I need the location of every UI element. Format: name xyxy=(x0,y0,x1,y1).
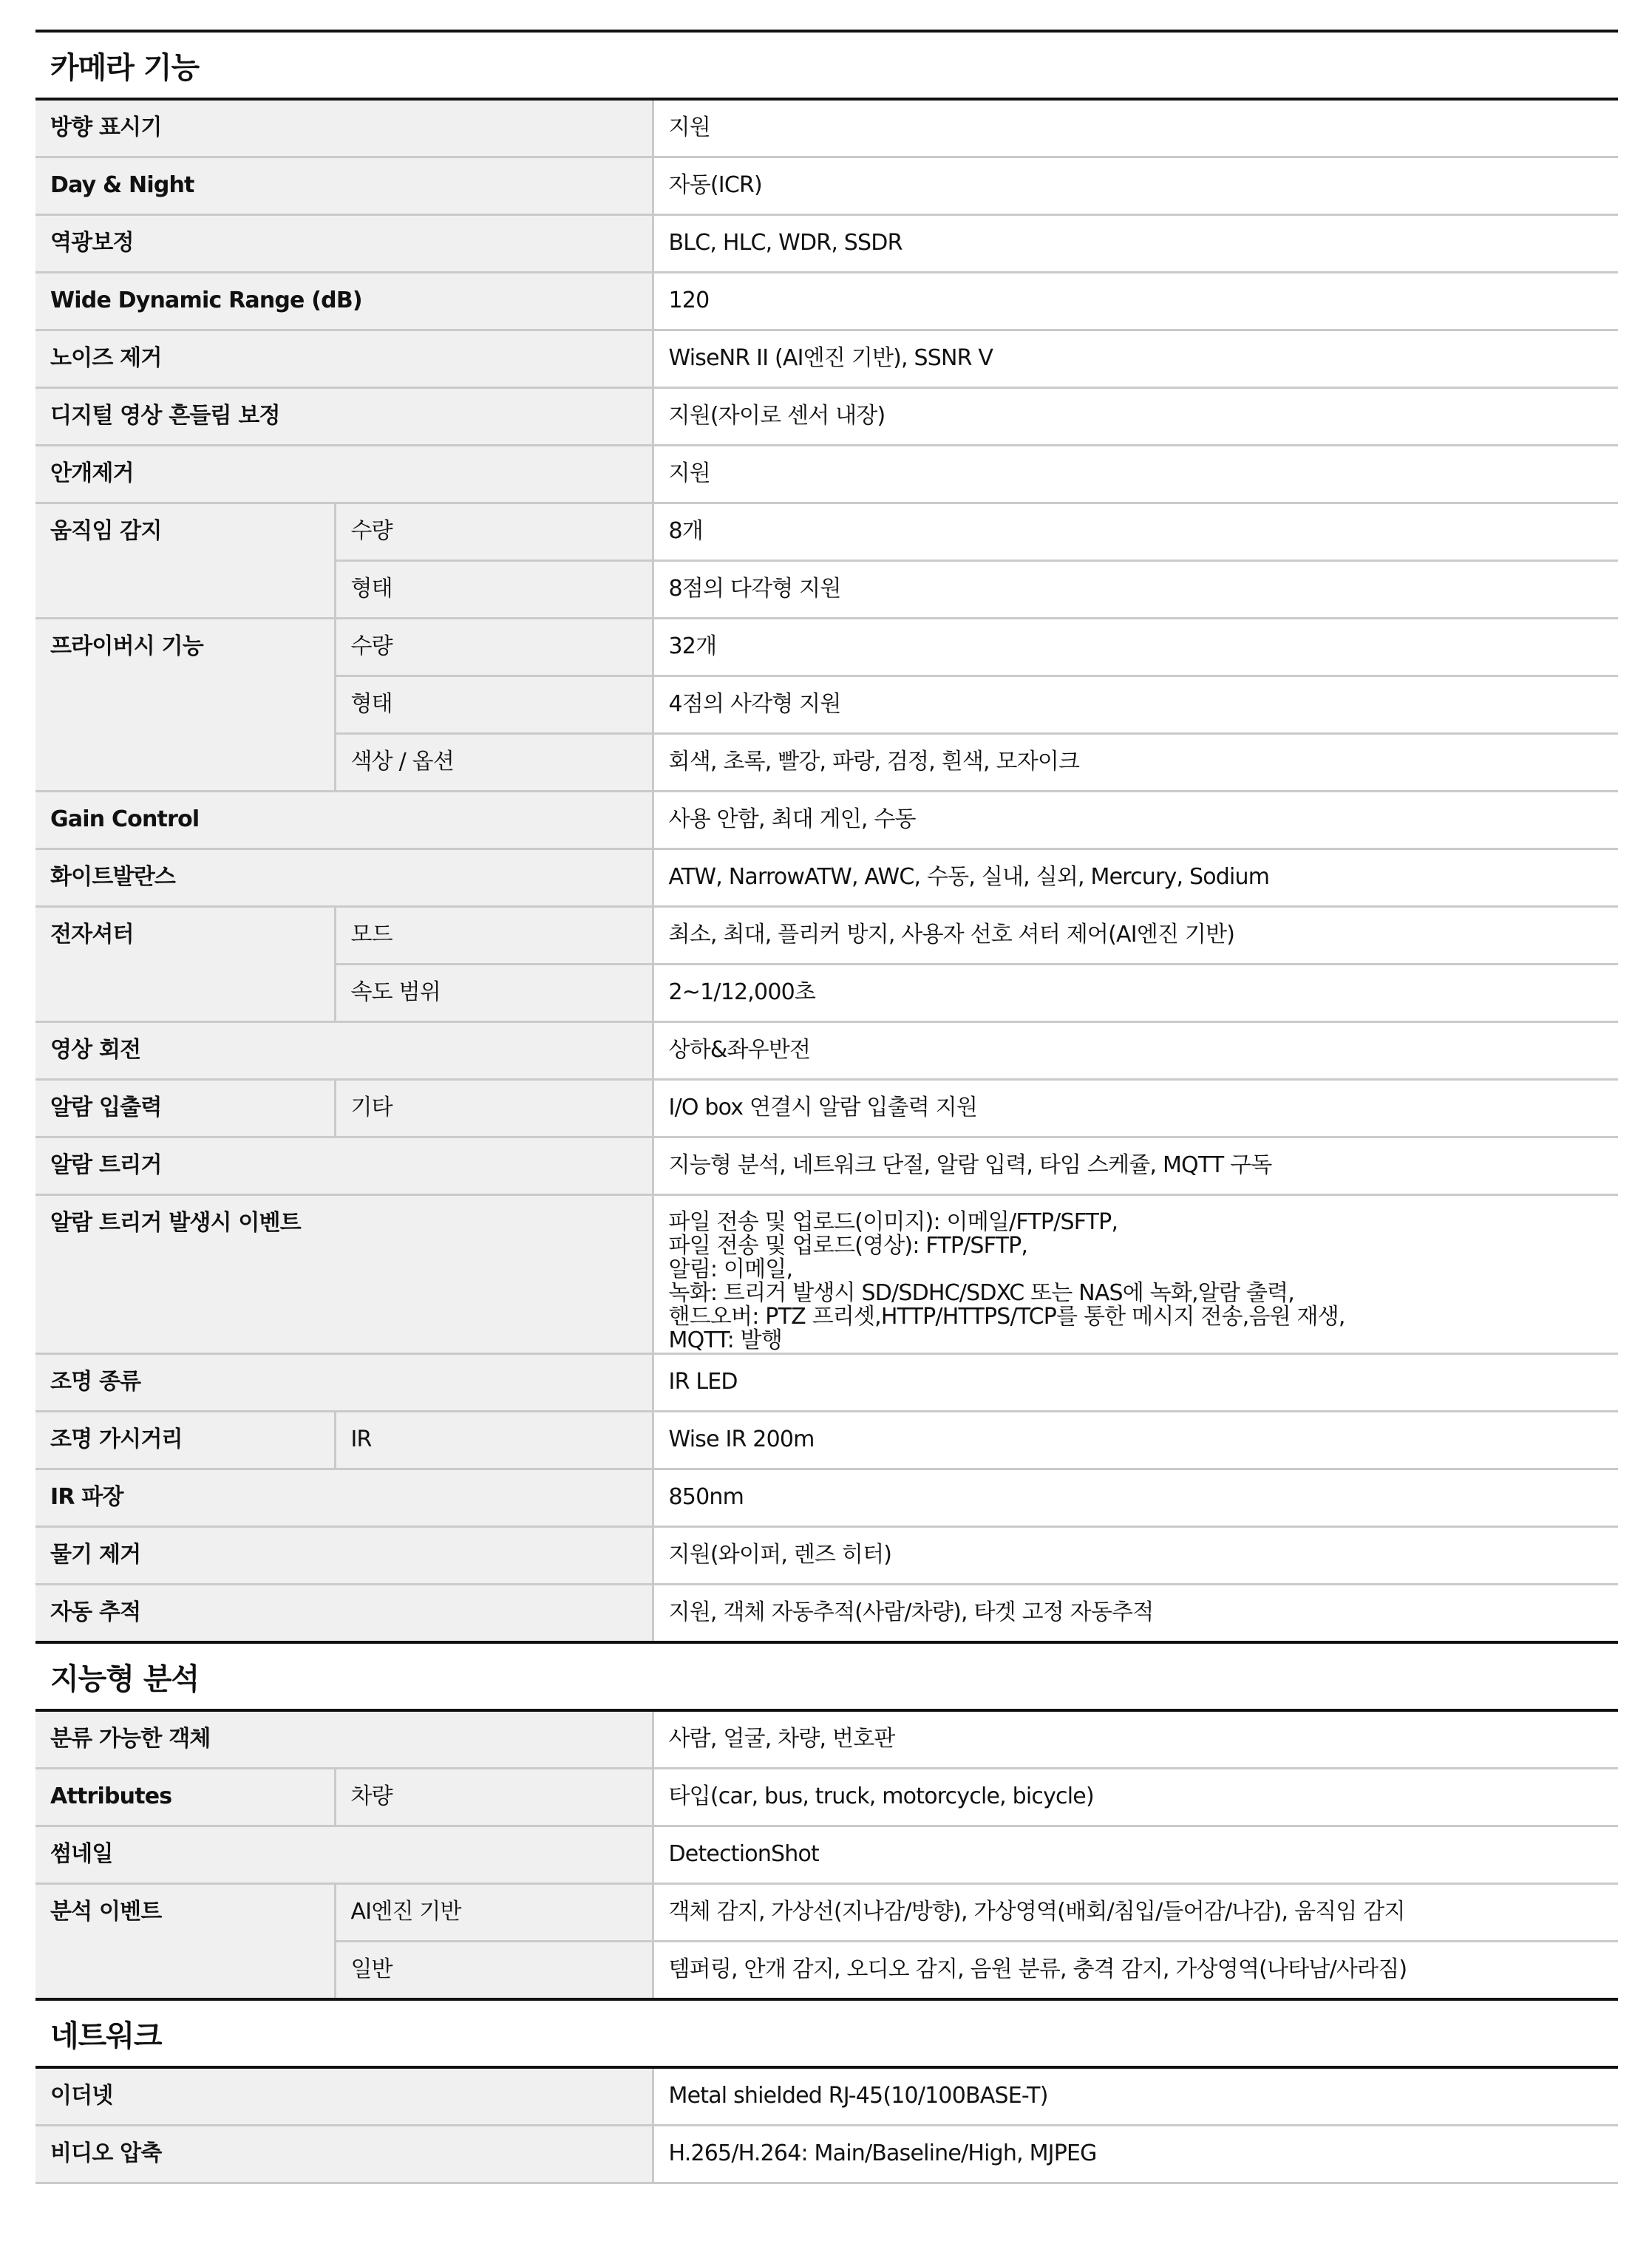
row-value: I/O box 연결시 알람 입출력 지원 xyxy=(653,1080,1618,1137)
row-sublabel: IR xyxy=(335,1412,653,1469)
table-row: 움직임 감지 수량 8개 xyxy=(35,503,1618,561)
row-label: Wide Dynamic Range (dB) xyxy=(35,273,653,330)
spec-table: 방향 표시기 지원 Day & Night 자동(ICR) 역광보정 BLC, … xyxy=(35,101,1618,1641)
row-value: 템퍼링, 안개 감지, 오디오 감지, 음원 분류, 충격 감지, 가상영역(나… xyxy=(653,1942,1618,1999)
row-value: BLC, HLC, WDR, SSDR xyxy=(653,215,1618,273)
row-value: H.265/H.264: Main/Baseline/High, MJPEG xyxy=(653,2126,1618,2183)
spec-table: 이더넷 Metal shielded RJ-45(10/100BASE-T) 비… xyxy=(35,2069,1618,2184)
section-title: 카메라 기능 xyxy=(35,33,1618,101)
section-title: 지능형 분석 xyxy=(35,1644,1618,1712)
row-label: 조명 가시거리 xyxy=(35,1412,335,1469)
row-label: 알람 입출력 xyxy=(35,1080,335,1137)
row-label: 방향 표시기 xyxy=(35,101,653,157)
row-value: 2~1/12,000초 xyxy=(653,965,1618,1022)
table-row: 분석 이벤트 AI엔진 기반 객체 감지, 가상선(지나감/방향), 가상영역(… xyxy=(35,1884,1618,1942)
row-label: 비디오 압축 xyxy=(35,2126,653,2183)
row-value: WiseNR II (AI엔진 기반), SSNR V xyxy=(653,330,1618,388)
row-value: DetectionShot xyxy=(653,1826,1618,1884)
row-value: 8개 xyxy=(653,503,1618,561)
row-label: 디지털 영상 흔들림 보정 xyxy=(35,388,653,446)
row-sublabel: 차량 xyxy=(335,1769,653,1826)
row-value: 지원, 객체 자동추적(사람/차량), 타겟 고정 자동추적 xyxy=(653,1585,1618,1642)
section-network: 네트워크 이더넷 Metal shielded RJ-45(10/100BASE… xyxy=(35,1998,1618,2184)
table-row: 화이트발란스 ATW, NarrowATW, AWC, 수동, 실내, 실외, … xyxy=(35,849,1618,907)
table-row: 자동 추적 지원, 객체 자동추적(사람/차량), 타겟 고정 자동추적 xyxy=(35,1585,1618,1642)
row-label: 조명 종류 xyxy=(35,1354,653,1412)
section-intelligent-analytics: 지능형 분석 분류 가능한 객체 사람, 얼굴, 차량, 번호판 Attribu… xyxy=(35,1641,1618,1998)
row-value: ATW, NarrowATW, AWC, 수동, 실내, 실외, Mercury… xyxy=(653,849,1618,907)
table-row: 분류 가능한 객체 사람, 얼굴, 차량, 번호판 xyxy=(35,1712,1618,1769)
row-sublabel: 색상 / 옵션 xyxy=(335,734,653,792)
row-value: 회색, 초록, 빨강, 파랑, 검정, 흰색, 모자이크 xyxy=(653,734,1618,792)
table-row: Gain Control 사용 안함, 최대 게인, 수동 xyxy=(35,792,1618,849)
table-row: 썸네일 DetectionShot xyxy=(35,1826,1618,1884)
row-label: 영상 회전 xyxy=(35,1022,653,1080)
table-row: 노이즈 제거 WiseNR II (AI엔진 기반), SSNR V xyxy=(35,330,1618,388)
row-sublabel: AI엔진 기반 xyxy=(335,1884,653,1942)
row-sublabel: 형태 xyxy=(335,561,653,619)
row-label: 전자셔터 xyxy=(35,907,335,1022)
row-label: 알람 트리거 xyxy=(35,1137,653,1195)
row-label: Gain Control xyxy=(35,792,653,849)
table-row: 방향 표시기 지원 xyxy=(35,101,1618,157)
row-value: 8점의 다각형 지원 xyxy=(653,561,1618,619)
row-label: 움직임 감지 xyxy=(35,503,335,619)
row-value: 지원 xyxy=(653,446,1618,503)
row-label: 분석 이벤트 xyxy=(35,1884,335,1999)
table-row: 디지털 영상 흔들림 보정 지원(자이로 센서 내장) xyxy=(35,388,1618,446)
table-row: Wide Dynamic Range (dB) 120 xyxy=(35,273,1618,330)
row-label: 노이즈 제거 xyxy=(35,330,653,388)
row-value: 지원(자이로 센서 내장) xyxy=(653,388,1618,446)
row-value: 32개 xyxy=(653,619,1618,676)
table-row: 조명 종류 IR LED xyxy=(35,1354,1618,1412)
table-row: 조명 가시거리 IR Wise IR 200m xyxy=(35,1412,1618,1469)
row-label: 썸네일 xyxy=(35,1826,653,1884)
row-label: IR 파장 xyxy=(35,1469,653,1527)
row-label: 물기 제거 xyxy=(35,1527,653,1585)
table-row: 알람 입출력 기타 I/O box 연결시 알람 입출력 지원 xyxy=(35,1080,1618,1137)
section-camera-features: 카메라 기능 방향 표시기 지원 Day & Night 자동(ICR) 역광보… xyxy=(35,30,1618,1641)
table-row: 물기 제거 지원(와이퍼, 렌즈 히터) xyxy=(35,1527,1618,1585)
section-title: 네트워크 xyxy=(35,2001,1618,2069)
row-value: 지능형 분석, 네트워크 단절, 알람 입력, 타임 스케쥴, MQTT 구독 xyxy=(653,1137,1618,1195)
table-row: 프라이버시 기능 수량 32개 xyxy=(35,619,1618,676)
table-row: 영상 회전 상하&좌우반전 xyxy=(35,1022,1618,1080)
spec-document: 카메라 기능 방향 표시기 지원 Day & Night 자동(ICR) 역광보… xyxy=(35,30,1618,2184)
row-value: Wise IR 200m xyxy=(653,1412,1618,1469)
multiline-value: 파일 전송 및 업로드(이미지): 이메일/FTP/SFTP, 파일 전송 및 … xyxy=(669,1211,1603,1353)
row-value: 사용 안함, 최대 게인, 수동 xyxy=(653,792,1618,849)
row-sublabel: 기타 xyxy=(335,1080,653,1137)
table-row: Day & Night 자동(ICR) xyxy=(35,157,1618,215)
row-sublabel: 속도 범위 xyxy=(335,965,653,1022)
row-value: 지원 xyxy=(653,101,1618,157)
row-value: Metal shielded RJ-45(10/100BASE-T) xyxy=(653,2069,1618,2126)
row-value: 850nm xyxy=(653,1469,1618,1527)
table-row: 전자셔터 모드 최소, 최대, 플리커 방지, 사용자 선호 셔터 제어(AI엔… xyxy=(35,907,1618,965)
row-sublabel: 형태 xyxy=(335,676,653,734)
row-label: Attributes xyxy=(35,1769,335,1826)
row-label: 이더넷 xyxy=(35,2069,653,2126)
row-value: 지원(와이퍼, 렌즈 히터) xyxy=(653,1527,1618,1585)
table-row: 알람 트리거 지능형 분석, 네트워크 단절, 알람 입력, 타임 스케쥴, M… xyxy=(35,1137,1618,1195)
table-row: IR 파장 850nm xyxy=(35,1469,1618,1527)
row-label: 화이트발란스 xyxy=(35,849,653,907)
row-value: 타입(car, bus, truck, motorcycle, bicycle) xyxy=(653,1769,1618,1826)
row-label: Day & Night xyxy=(35,157,653,215)
row-value: IR LED xyxy=(653,1354,1618,1412)
row-value: 사람, 얼굴, 차량, 번호판 xyxy=(653,1712,1618,1769)
table-row: 역광보정 BLC, HLC, WDR, SSDR xyxy=(35,215,1618,273)
row-value: 4점의 사각형 지원 xyxy=(653,676,1618,734)
row-sublabel: 일반 xyxy=(335,1942,653,1999)
row-label: 프라이버시 기능 xyxy=(35,619,335,792)
spec-table: 분류 가능한 객체 사람, 얼굴, 차량, 번호판 Attributes 차량 … xyxy=(35,1712,1618,1998)
table-row: Attributes 차량 타입(car, bus, truck, motorc… xyxy=(35,1769,1618,1826)
row-sublabel: 모드 xyxy=(335,907,653,965)
row-sublabel: 수량 xyxy=(335,619,653,676)
table-row: 알람 트리거 발생시 이벤트 파일 전송 및 업로드(이미지): 이메일/FTP… xyxy=(35,1195,1618,1354)
row-label: 역광보정 xyxy=(35,215,653,273)
row-value: 파일 전송 및 업로드(이미지): 이메일/FTP/SFTP, 파일 전송 및 … xyxy=(653,1195,1618,1354)
table-row: 안개제거 지원 xyxy=(35,446,1618,503)
row-sublabel: 수량 xyxy=(335,503,653,561)
row-value: 자동(ICR) xyxy=(653,157,1618,215)
table-row: 비디오 압축 H.265/H.264: Main/Baseline/High, … xyxy=(35,2126,1618,2183)
row-value: 상하&좌우반전 xyxy=(653,1022,1618,1080)
row-label: 안개제거 xyxy=(35,446,653,503)
row-label: 분류 가능한 객체 xyxy=(35,1712,653,1769)
table-row: 이더넷 Metal shielded RJ-45(10/100BASE-T) xyxy=(35,2069,1618,2126)
row-label: 알람 트리거 발생시 이벤트 xyxy=(35,1195,653,1354)
row-value: 120 xyxy=(653,273,1618,330)
row-value: 최소, 최대, 플리커 방지, 사용자 선호 셔터 제어(AI엔진 기반) xyxy=(653,907,1618,965)
row-value: 객체 감지, 가상선(지나감/방향), 가상영역(배회/침입/들어감/나감), … xyxy=(653,1884,1618,1942)
row-label: 자동 추적 xyxy=(35,1585,653,1642)
